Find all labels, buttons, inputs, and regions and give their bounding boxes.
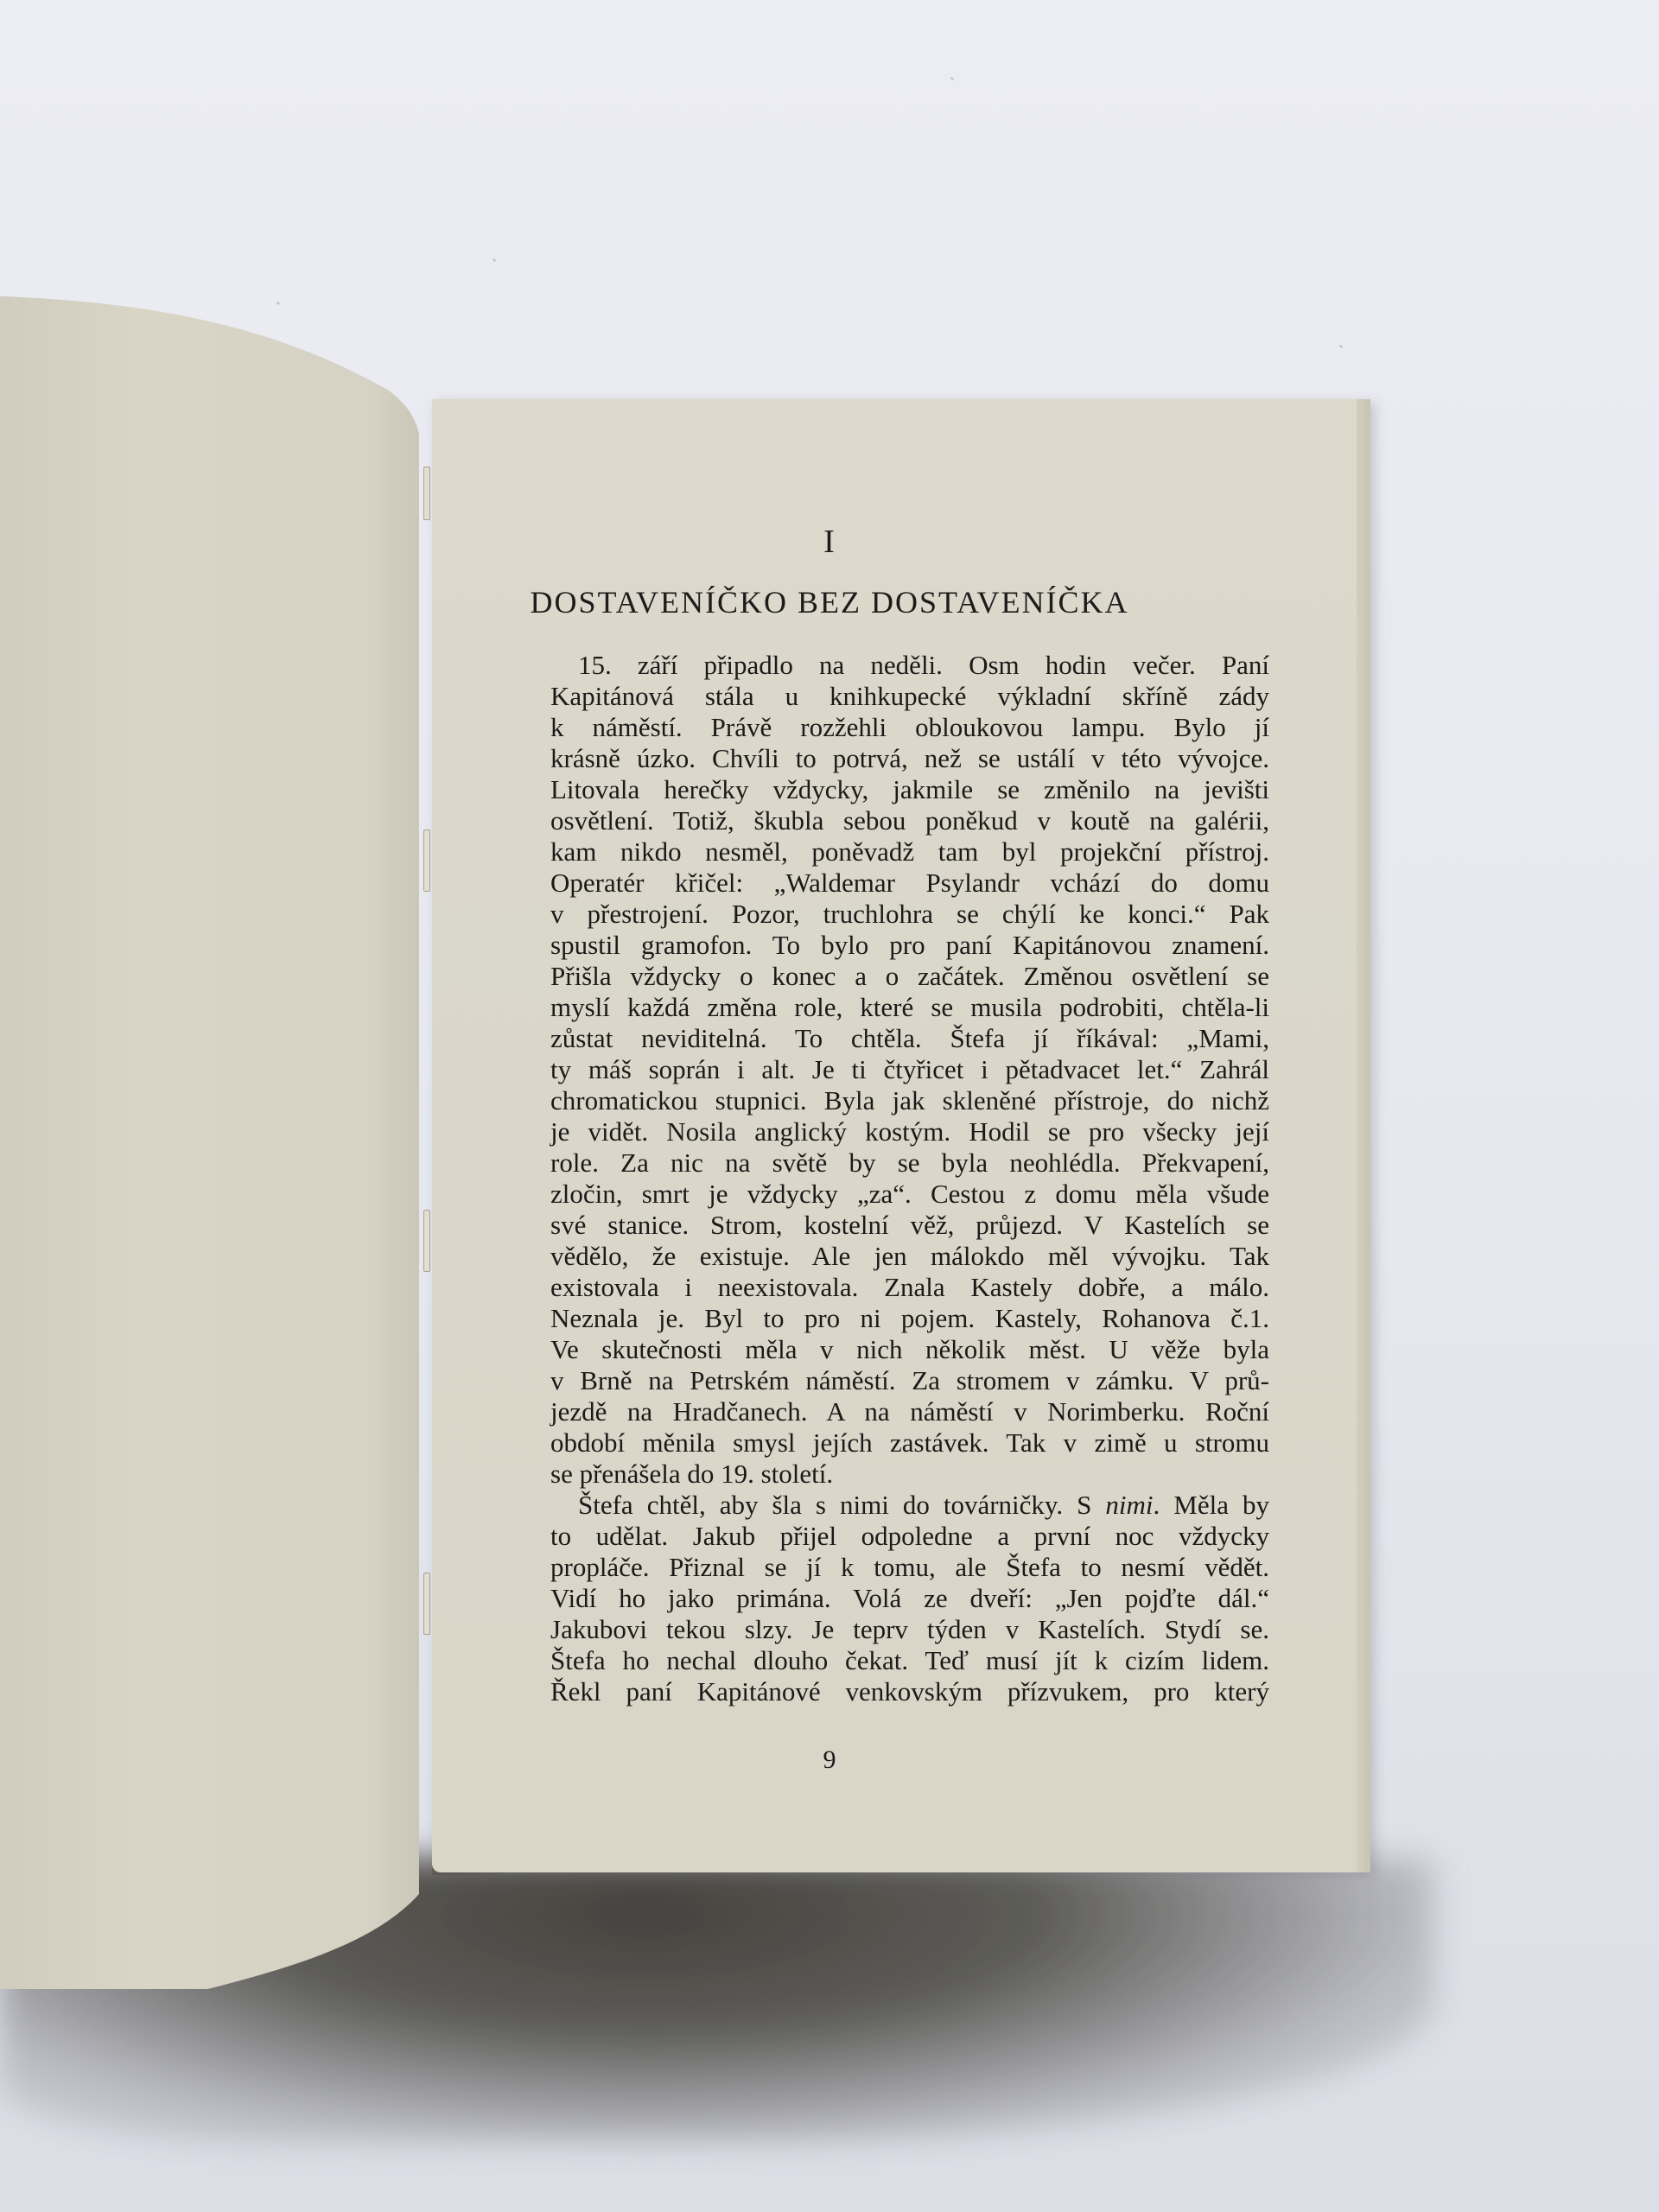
text-line: spustil gramofon. To bylo pro paní Kapit… xyxy=(550,930,1269,961)
text-segment: Štefa chtěl, aby šla s nimi do továrničk… xyxy=(578,1490,1105,1520)
text-line: 15. září připadlo na neděli. Osm hodin v… xyxy=(550,650,1269,681)
text-line: Litovala herečky vždycky, jakmile se změ… xyxy=(550,774,1269,805)
text-line: myslí každá změna role, které se musila … xyxy=(550,992,1269,1023)
text-line: Neznala je. Byl to pro ni pojem. Kastely… xyxy=(550,1303,1269,1334)
text-line: Přišla vždycky o konec a o začátek. Změn… xyxy=(550,961,1269,992)
text-line: své stanice. Strom, kostelní věž, průjez… xyxy=(550,1210,1269,1241)
text-line: Štefa ho nechal dlouho čekat. Teď musí j… xyxy=(550,1645,1269,1676)
text-line: existovala i neexistovala. Znala Kastely… xyxy=(550,1272,1269,1303)
binding-stitch xyxy=(423,1573,430,1635)
text-line: je vidět. Nosila anglický kostým. Hodil … xyxy=(550,1116,1269,1147)
text-line: jezdě na Hradčanech. A na náměstí v Nori… xyxy=(550,1396,1269,1427)
text-line: propláče. Přiznal se jí k tomu, ale Štef… xyxy=(550,1552,1269,1583)
text-line: k náměstí. Právě rozžehli obloukovou lam… xyxy=(550,712,1269,743)
body-text: 15. září připadlo na neděli. Osm hodin v… xyxy=(550,650,1269,1707)
text-line: období měnila smysl jejích zastávek. Tak… xyxy=(550,1427,1269,1459)
text-line: osvětlení. Totiž, škubla sebou poněkud v… xyxy=(550,805,1269,836)
binding-stitch xyxy=(423,829,430,892)
italic-emphasis: nimi xyxy=(1105,1490,1153,1520)
text-line: Štefa chtěl, aby šla s nimi do továrničk… xyxy=(550,1490,1269,1521)
text-line: Operatér křičel: „Waldemar Psylandr vchá… xyxy=(550,868,1269,899)
text-line: to udělat. Jakub přijel odpoledne a prvn… xyxy=(550,1521,1269,1552)
text-line: vědělo, že existuje. Ale jen málokdo měl… xyxy=(550,1241,1269,1272)
text-line: zůstat neviditelná. To chtěla. Štefa jí … xyxy=(550,1023,1269,1054)
binding-stitch xyxy=(423,1210,430,1272)
text-line: chromatickou stupnici. Byla jak skleněné… xyxy=(550,1085,1269,1116)
text-line: Kapitánová stála u knihkupecké výkladní … xyxy=(550,681,1269,712)
background-speck xyxy=(493,258,496,262)
text-line: v přestrojení. Pozor, truchlohra se chýl… xyxy=(550,899,1269,930)
text-segment: . Měla by xyxy=(1154,1490,1269,1520)
text-line: v Brně na Petrském náměstí. Za stromem v… xyxy=(550,1365,1269,1396)
text-line: Ve skutečnosti měla v nich několik měst.… xyxy=(550,1334,1269,1365)
background-speck xyxy=(276,302,280,305)
text-line: ty máš soprán i alt. Je ti čtyřicet i pě… xyxy=(550,1054,1269,1085)
text-line: Jakubovi tekou slzy. Je teprv týden v Ka… xyxy=(550,1614,1269,1645)
binding-stitch xyxy=(423,467,430,520)
text-line: kam nikdo nesměl, poněvadž tam byl proje… xyxy=(550,836,1269,868)
page-number: 9 xyxy=(0,1745,1659,1775)
text-line: role. Za nic na světě by se byla neohléd… xyxy=(550,1147,1269,1179)
text-line: zločin, smrt je vždycky „za“. Cestou z d… xyxy=(550,1179,1269,1210)
chapter-title: DOSTAVENÍČKO BEZ DOSTAVENÍČKA xyxy=(0,584,1659,620)
background-speck xyxy=(1339,345,1343,348)
chapter-number: I xyxy=(0,523,1659,561)
text-line: Vidí ho jako primána. Volá ze dveří: „Je… xyxy=(550,1583,1269,1614)
text-line: Řekl paní Kapitánové venkovským přízvuke… xyxy=(550,1676,1269,1707)
text-line: krásně úzko. Chvíli to potrvá, než se us… xyxy=(550,743,1269,774)
background-speck xyxy=(950,77,954,80)
text-line: se přenášela do 19. století. xyxy=(550,1459,1269,1490)
